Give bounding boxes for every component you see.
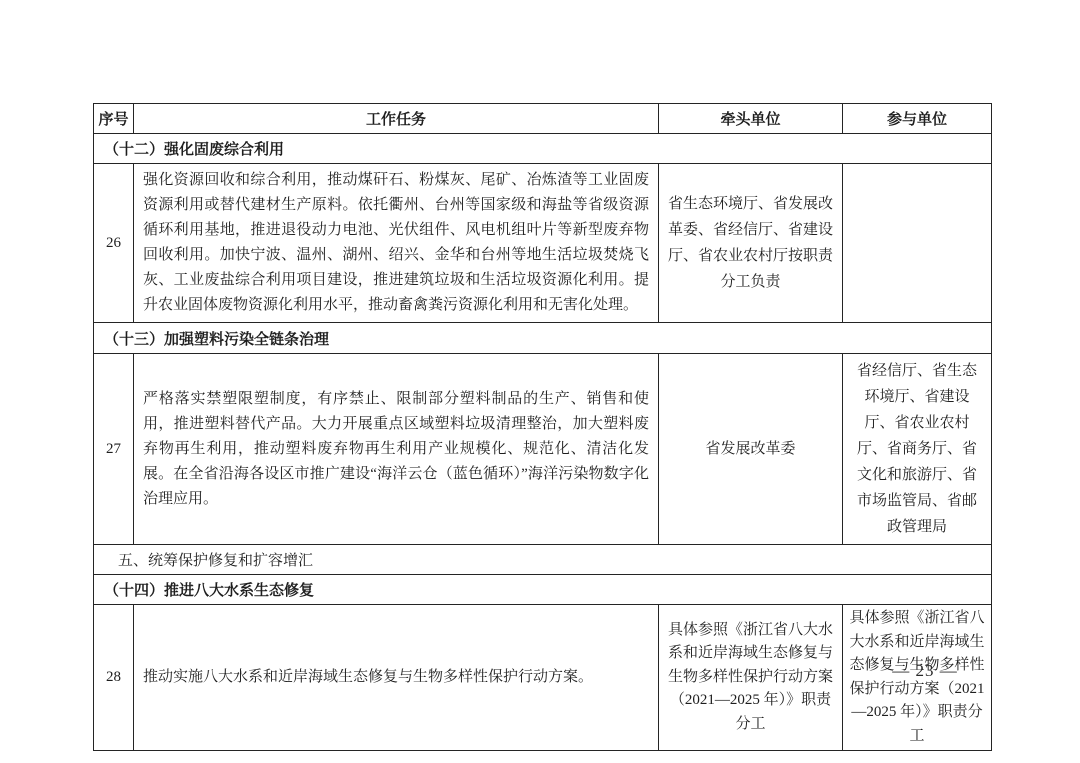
section-row-12: （十二）强化固废综合利用 (94, 134, 992, 164)
row-28-no: 28 (94, 605, 134, 751)
row-26-task: 强化资源回收和综合利用，推动煤矸石、粉煤灰、尾矿、冶炼渣等工业固废资源利用或替代… (134, 164, 659, 323)
table-row-27: 27 严格落实禁塑限塑制度，有序禁止、限制部分塑料制品的生产、销售和使用，推进塑… (94, 354, 992, 545)
row-28-task: 推动实施八大水系和近岸海域生态修复与生物多样性保护行动方案。 (134, 605, 659, 751)
row-27-participant-unit: 省经信厅、省生态环境厅、省建设厅、省农业农村厅、省商务厅、省文化和旅游厅、省市场… (843, 354, 992, 545)
table-row-26: 26 强化资源回收和综合利用，推动煤矸石、粉煤灰、尾矿、冶炼渣等工业固废资源利用… (94, 164, 992, 323)
page-number: — 23 — (870, 661, 980, 681)
section-title-12: （十二）强化固废综合利用 (94, 134, 992, 164)
row-27-no: 27 (94, 354, 134, 545)
header-task: 工作任务 (134, 104, 659, 134)
row-26-lead-unit: 省生态环境厅、省发展改革委、省经信厅、省建设厅、省农业农村厅按职责分工负责 (659, 164, 843, 323)
table-header-row: 序号 工作任务 牵头单位 参与单位 (94, 104, 992, 134)
work-task-table: 序号 工作任务 牵头单位 参与单位 （十二）强化固废综合利用 26 强化资源回收… (93, 103, 992, 751)
document-page: 序号 工作任务 牵头单位 参与单位 （十二）强化固废综合利用 26 强化资源回收… (0, 0, 1080, 763)
header-no: 序号 (94, 104, 134, 134)
header-lead-unit: 牵头单位 (659, 104, 843, 134)
row-27-lead-unit: 省发展改革委 (659, 354, 843, 545)
section-title-13: （十三）加强塑料污染全链条治理 (94, 323, 992, 354)
row-26-no: 26 (94, 164, 134, 323)
row-27-task: 严格落实禁塑限塑制度，有序禁止、限制部分塑料制品的生产、销售和使用，推进塑料替代… (134, 354, 659, 545)
section-title-5: 五、统筹保护修复和扩容增汇 (94, 545, 992, 575)
section-row-13: （十三）加强塑料污染全链条治理 (94, 323, 992, 354)
section-title-14: （十四）推进八大水系生态修复 (94, 575, 992, 605)
row-26-participant-unit (843, 164, 992, 323)
row-28-lead-unit: 具体参照《浙江省八大水系和近岸海域生态修复与生物多样性保护行动方案（2021—2… (659, 605, 843, 751)
section-row-14: （十四）推进八大水系生态修复 (94, 575, 992, 605)
section-row-5: 五、统筹保护修复和扩容增汇 (94, 545, 992, 575)
table-row-28: 28 推动实施八大水系和近岸海域生态修复与生物多样性保护行动方案。 具体参照《浙… (94, 605, 992, 751)
header-participant-unit: 参与单位 (843, 104, 992, 134)
